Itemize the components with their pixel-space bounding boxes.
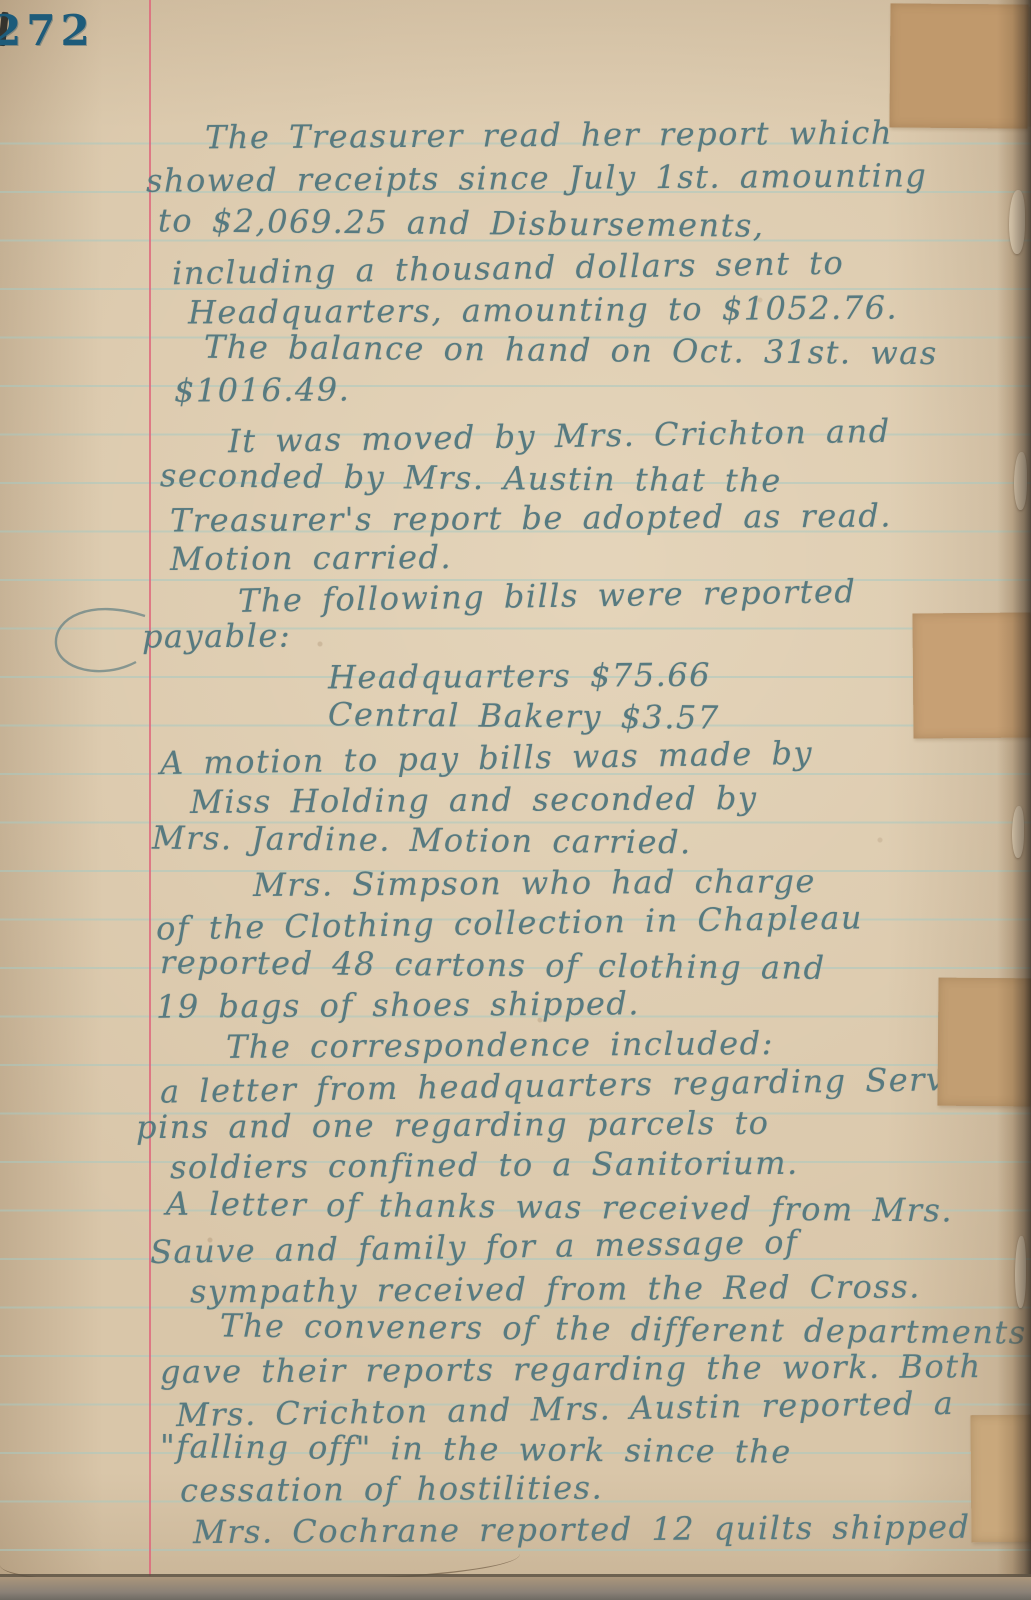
handwriting-line: Mrs. Cochrane reported 12 quilts shipped… bbox=[193, 1507, 1031, 1551]
handwriting-line: reported 48 cartons of clothing and bbox=[160, 943, 826, 987]
tape-patch bbox=[912, 612, 1031, 738]
handwriting-line: A motion to pay bills was made by bbox=[160, 734, 814, 782]
page-bottom-edge bbox=[0, 1574, 1031, 1600]
handwriting-line: Sauve and family for a message of bbox=[150, 1223, 799, 1271]
handwriting-line: The correspondence included: bbox=[226, 1024, 774, 1066]
handwriting-line: The conveners of the different departmen… bbox=[220, 1306, 1027, 1351]
ledger-page-scan: 272 The Treasurer read her report whichs… bbox=[0, 0, 1031, 1600]
handwriting-line: "falling off" in the work since the bbox=[160, 1427, 792, 1471]
torn-edge-notch bbox=[1014, 452, 1027, 510]
handwriting-line: pins and one regarding parcels to bbox=[136, 1104, 770, 1146]
handwriting-line: Mrs. Jardine. Motion carried. bbox=[152, 819, 692, 862]
handwriting-line: 19 bags of shoes shipped. bbox=[156, 984, 640, 1025]
handwriting-line: gave their reports regarding the work. B… bbox=[160, 1347, 982, 1391]
handwriting-line: soldiers confined to a Sanitorium. bbox=[170, 1144, 799, 1186]
handwriting-line: Miss Holding and seconded by bbox=[190, 779, 758, 821]
handwriting-line: including a thousand dollars sent to bbox=[172, 244, 845, 293]
handwriting-line: cessation of hostilities. bbox=[180, 1469, 603, 1510]
handwriting-line: A letter of thanks was received from Mrs… bbox=[166, 1185, 953, 1230]
handwriting-line: Central Bakery $3.57 bbox=[328, 695, 720, 736]
handwriting-line: The Treasurer read her report which bbox=[205, 114, 893, 157]
handwriting-line: Mrs. Crichton and Mrs. Austin reported a bbox=[176, 1384, 955, 1434]
torn-edge-notch bbox=[1009, 190, 1025, 254]
handwriting-line: Headquarters, amounting to $1052.76. bbox=[188, 289, 898, 332]
handwriting-line: The balance on hand on Oct. 31st. was bbox=[204, 328, 938, 372]
handwriting-line: payable: bbox=[142, 616, 291, 655]
handwriting-line: Treasurer's report be adopted as read. bbox=[170, 496, 892, 539]
torn-edge-notch bbox=[1015, 1236, 1026, 1308]
handwriting-line: seconded by Mrs. Austin that the bbox=[160, 456, 782, 499]
page-number: 272 bbox=[0, 6, 95, 55]
handwriting-line: to $2,069.25 and Disbursements, bbox=[158, 201, 765, 244]
handwriting-line: The following bills were reported bbox=[238, 572, 857, 620]
tape-patch bbox=[889, 3, 1028, 128]
handwriting-line: a letter from headquarters regarding Ser… bbox=[160, 1059, 998, 1110]
handwriting-line: showed receipts since July 1st. amountin… bbox=[146, 156, 928, 199]
handwriting-line: It was moved by Mrs. Crichton and bbox=[228, 412, 891, 460]
torn-edge-notch bbox=[1012, 806, 1024, 858]
tape-patch bbox=[970, 1415, 1031, 1543]
handwriting-line: sympathy received from the Red Cross. bbox=[190, 1267, 921, 1310]
handwriting-line: Mrs. Simpson who had charge bbox=[253, 862, 816, 904]
handwriting-line: Motion carried. bbox=[170, 538, 452, 578]
handwriting-line: Headquarters $75.66 bbox=[328, 656, 711, 697]
margin-line bbox=[149, 0, 151, 1576]
handwriting-line: of the Clothing collection in Chapleau bbox=[156, 898, 864, 947]
handwriting-line: $1016.49. bbox=[174, 370, 351, 409]
tape-patch bbox=[937, 978, 1031, 1107]
